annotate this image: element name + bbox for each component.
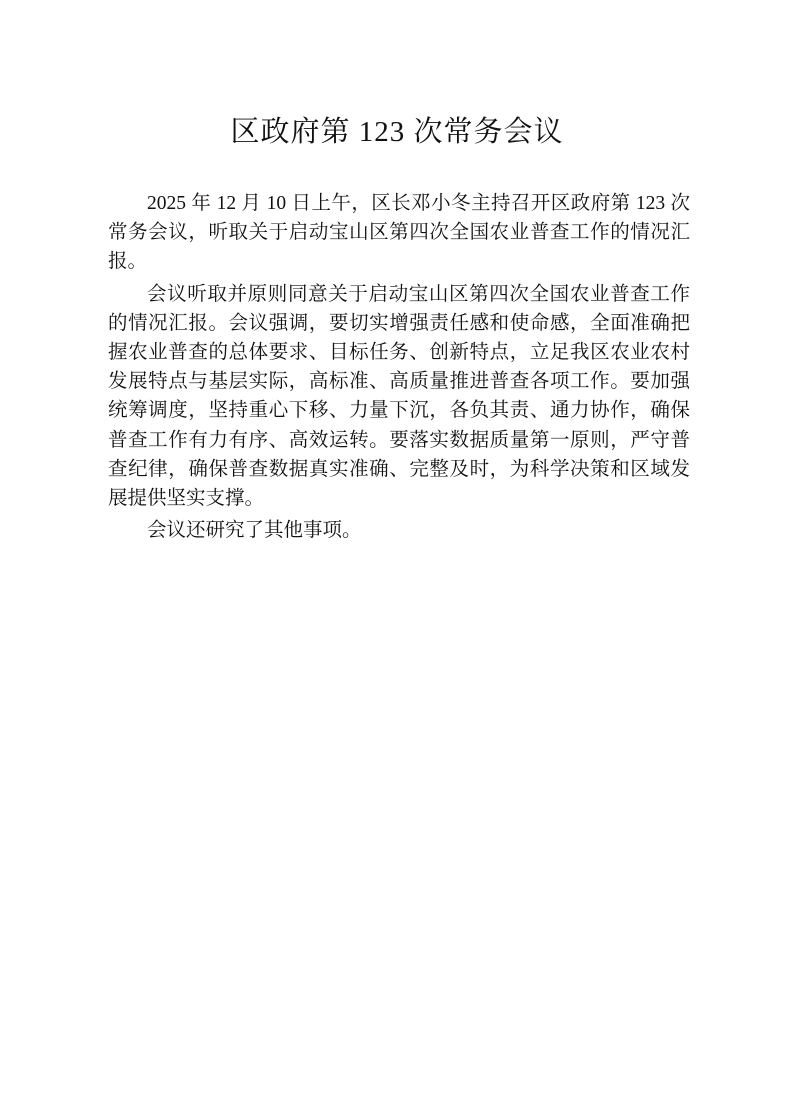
paragraph-meeting-decisions: 会议听取并原则同意关于启动宝山区第四次全国农业普查工作的情况汇报。会议强调，要切…	[108, 280, 690, 514]
document-body: 2025 年 12 月 10 日上午，区长邓小冬主持召开区政府第 123 次常务…	[108, 189, 690, 545]
paragraph-meeting-intro: 2025 年 12 月 10 日上午，区长邓小冬主持召开区政府第 123 次常务…	[108, 189, 690, 277]
document-title: 区政府第 123 次常务会议	[0, 112, 794, 152]
paragraph-other-matters: 会议还研究了其他事项。	[108, 516, 690, 545]
document-page: 区政府第 123 次常务会议 2025 年 12 月 10 日上午，区长邓小冬主…	[0, 0, 794, 1093]
